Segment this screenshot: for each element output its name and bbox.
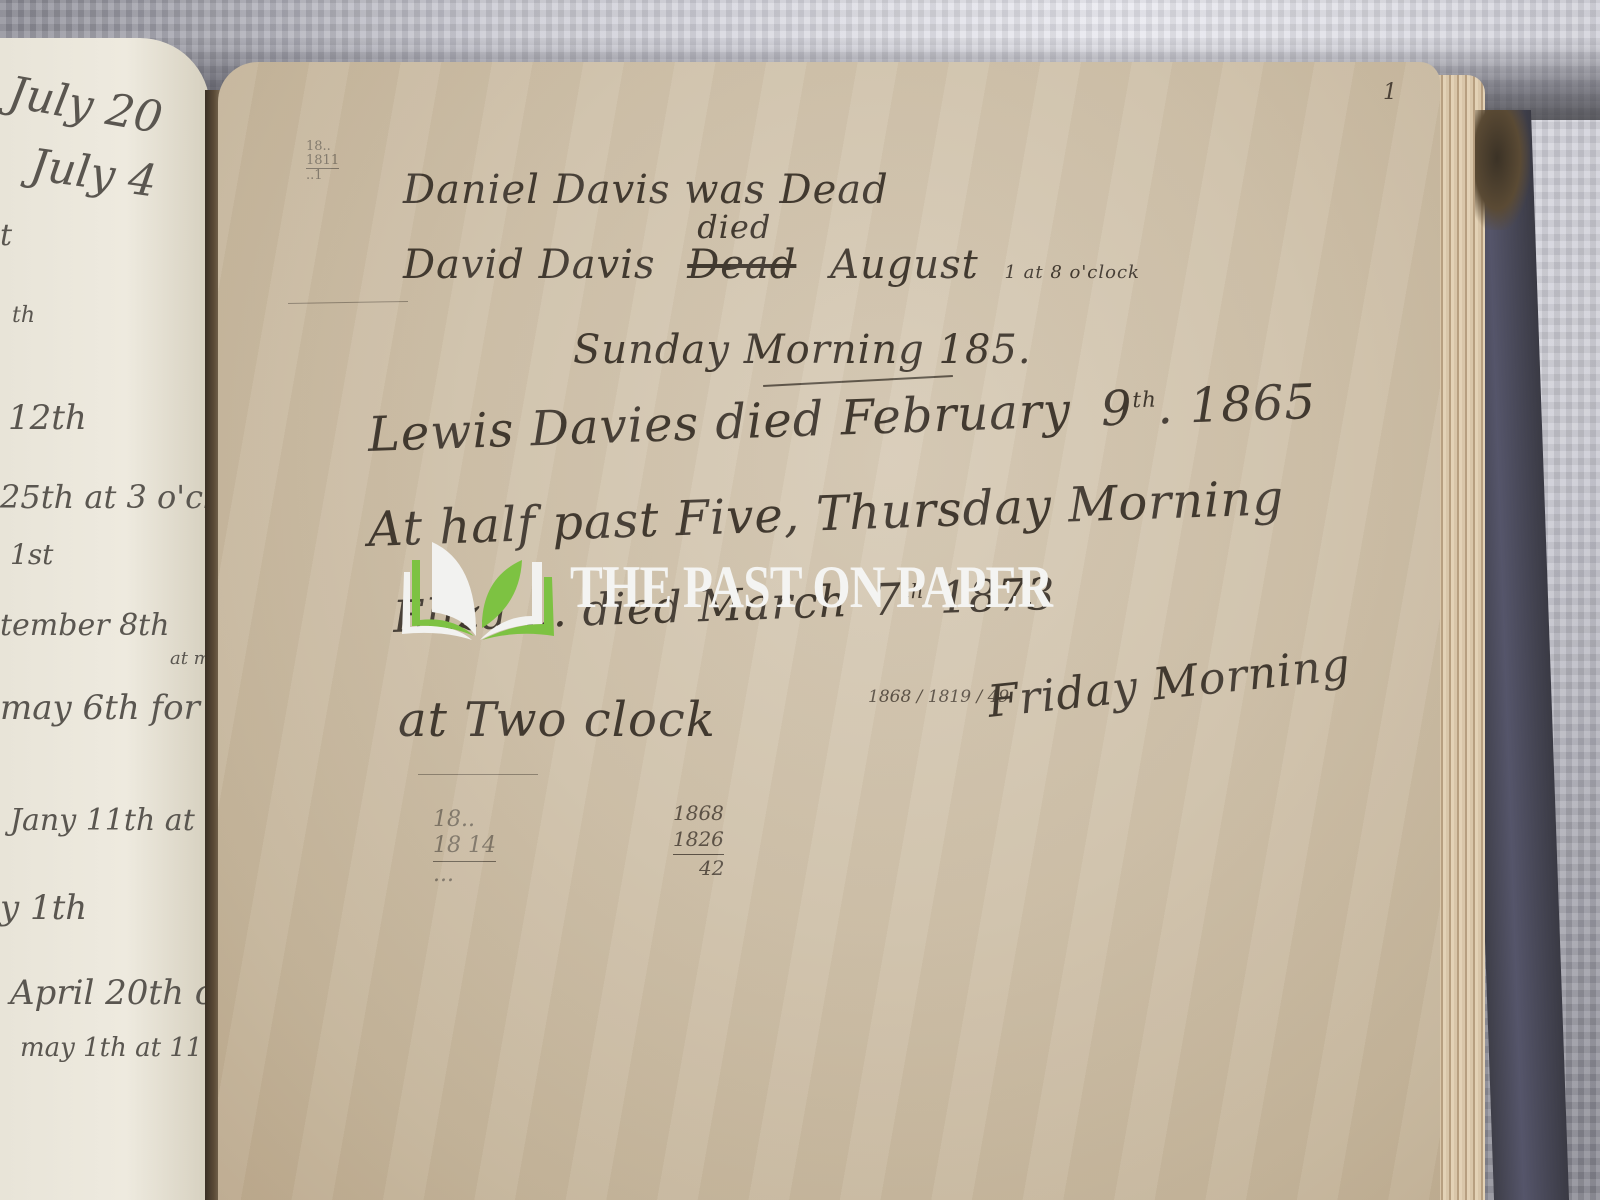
entry-month: August: [830, 242, 979, 288]
watermark-text: THE PAST ON PAPER: [570, 553, 1052, 622]
calculation-right: 1868 1826 42: [673, 800, 724, 881]
left-fragment: t: [0, 218, 12, 253]
left-fragment: Jany 11th at m: [10, 803, 233, 838]
entry-time-note: 1 at 8 o'clock: [1004, 262, 1139, 283]
left-fragment: may 1th at 11: [20, 1033, 202, 1063]
left-page: July 20 July 4 t th 12th 25th at 3 o'clo…: [0, 38, 210, 1200]
underline: [763, 375, 953, 387]
record-entry-sunday: Sunday Morning 185.: [573, 327, 1032, 373]
left-fragment: July 4: [27, 139, 160, 207]
left-fragment: th: [12, 303, 35, 328]
left-fragment: July 20: [5, 67, 166, 144]
page-mark: 1: [1383, 80, 1397, 105]
struck-word: Dead: [687, 242, 796, 288]
watermark: THE PAST ON PAPER: [392, 532, 1158, 642]
left-fragment: y 1th: [0, 888, 87, 928]
record-entry-friday: Friday Morning: [985, 639, 1353, 728]
left-fragment: 12th: [8, 398, 87, 438]
divider-line: [418, 774, 538, 775]
inline-age-calculation: 1868 / 1819 / 49: [868, 687, 1009, 707]
margin-calculation-top: 18.. 1811 ..1: [306, 140, 339, 183]
record-entry-lewis: Lewis Davies died February 9th. 1865: [367, 374, 1317, 463]
inserted-word: died: [697, 208, 771, 246]
worn-spine-corner: [1475, 110, 1530, 230]
calculation-left: 18.. 18 14 ...: [433, 807, 496, 888]
entry-name: David Davis: [403, 242, 655, 288]
left-fragment: 1st: [10, 538, 53, 571]
divider-line: [288, 301, 408, 304]
record-entry-david: David Davis died Dead August 1 at 8 o'cl…: [403, 242, 1140, 288]
record-entry-daniel: Daniel Davis was Dead: [403, 167, 889, 213]
record-entry-two-clock: at Two clock: [398, 692, 716, 748]
left-fragment: tember 8th: [0, 608, 170, 643]
open-book-with-leaf-icon: [392, 532, 562, 642]
